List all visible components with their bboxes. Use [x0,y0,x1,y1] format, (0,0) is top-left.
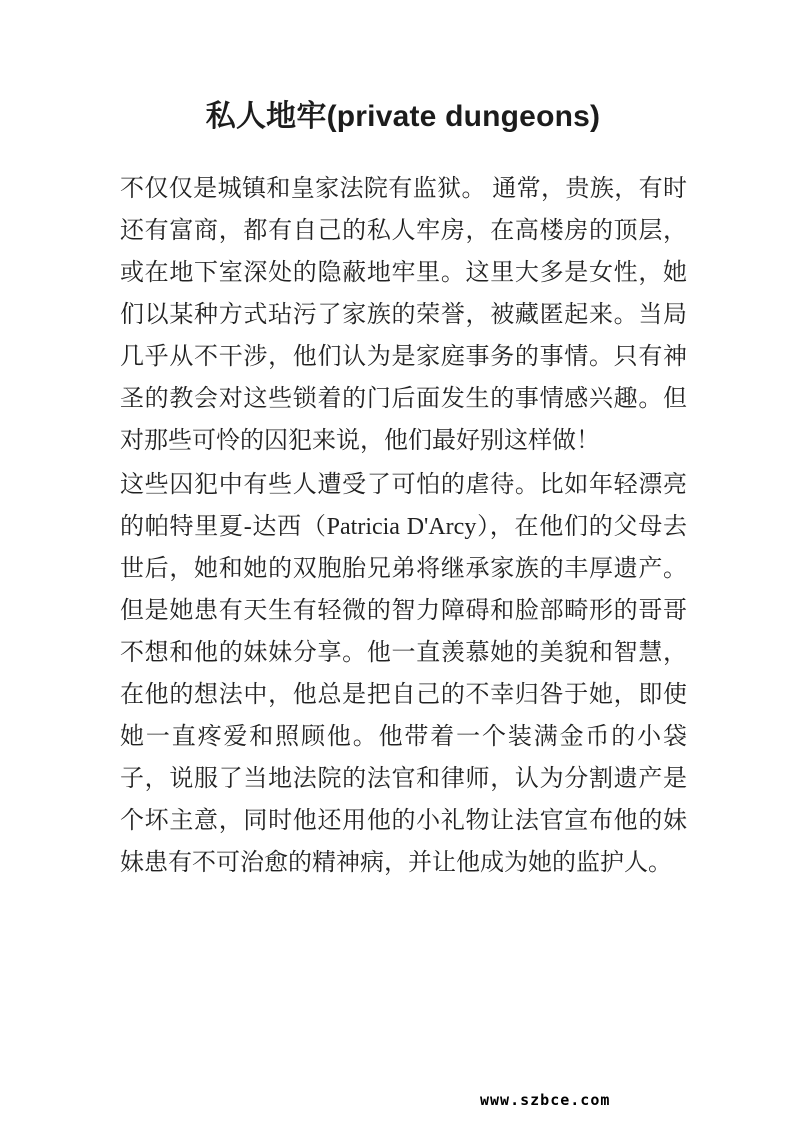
paragraph-private-dungeons-intro: 不仅仅是城镇和皇家法院有监狱。 通常，贵族，有时还有富商，都有自己的私人牢房，在… [120,168,687,462]
watermark-url: www.szbce.com [480,1091,610,1109]
page-title: 私人地牢(private dungeons) [120,99,686,135]
paragraph-patricia-darcy-story: 这些囚犯中有些人遭受了可怕的虐待。比如年轻漂亮的帕特里夏-达西（Patricia… [120,464,687,884]
document-page: 私人地牢(private dungeons) 不仅仅是城镇和皇家法院有监狱。 通… [0,0,800,1131]
